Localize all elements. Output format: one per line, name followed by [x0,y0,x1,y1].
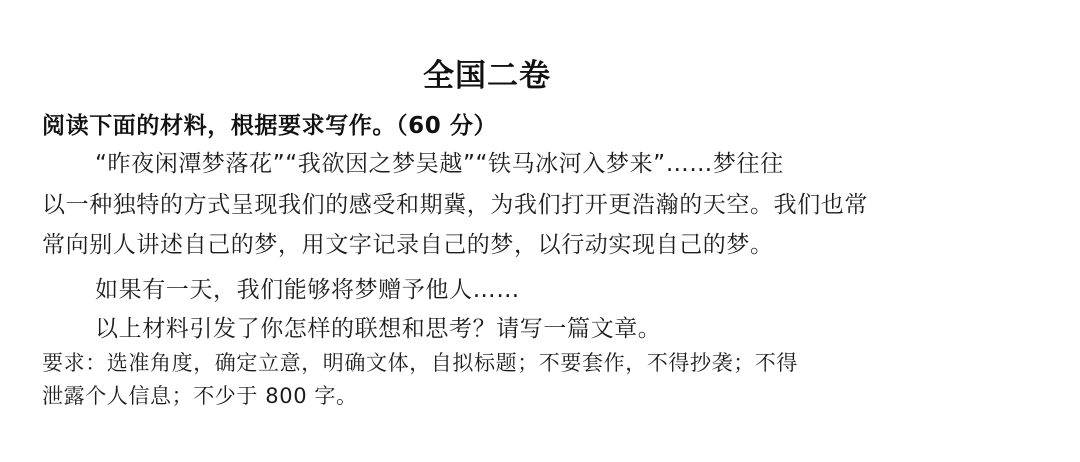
requirements-line-1: 要求：选准角度，确定立意，明确文体，自拟标题；不要套作，不得抄袭；不得 [42,347,798,379]
material-paragraph-1-line-1: “昨夜闲潭梦落花”“我欲因之梦吴越”“铁马冰河入梦来”……梦往往 [95,148,784,180]
requirements-line-2: 泄露个人信息；不少于 800 字。 [42,380,358,412]
material-paragraph-2: 如果有一天，我们能够将梦赠予他人…… [95,274,520,306]
writing-instruction: 阅读下面的材料，根据要求写作。（60 分） [42,110,497,142]
material-paragraph-1-line-2: 以一种独特的方式呈现我们的感受和期冀，为我们打开更浩瀚的天空。我们也常 [42,189,868,221]
material-paragraph-1-line-3: 常向别人讲述自己的梦，用文字记录自己的梦，以行动实现自己的梦。 [42,229,774,261]
exam-document: 全国二卷 阅读下面的材料，根据要求写作。（60 分） “昨夜闲潭梦落花”“我欲因… [0,0,1080,462]
document-title: 全国二卷 [0,56,974,96]
material-paragraph-3: 以上材料引发了你怎样的联想和思考？请写一篇文章。 [95,313,661,345]
